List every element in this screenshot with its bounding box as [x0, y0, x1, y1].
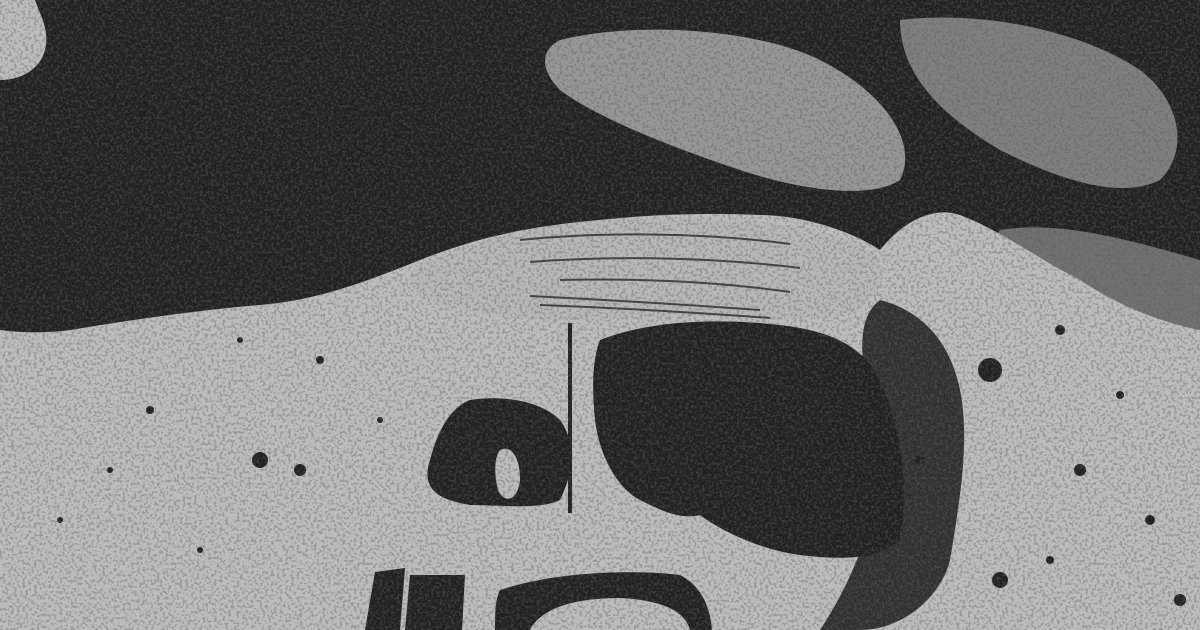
halftone-photo [0, 0, 1200, 630]
paper-grain [0, 0, 1200, 630]
photo-frame [0, 0, 1200, 630]
